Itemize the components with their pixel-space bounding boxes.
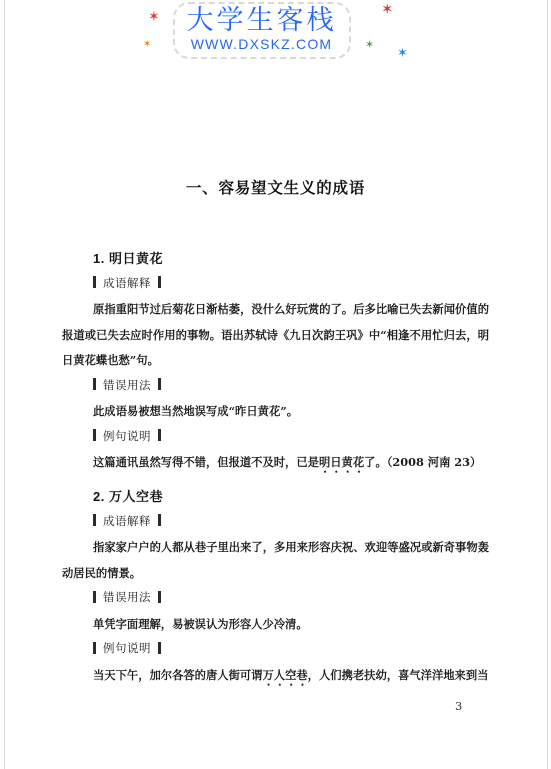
page-edge-left: [4, 0, 5, 769]
label-bar-icon: [158, 378, 161, 390]
block-label-explain: 成语解释: [62, 272, 489, 298]
star-icon-blue: ✶: [397, 46, 408, 59]
idiom-heading: 1. 明日黄花: [62, 246, 489, 272]
page-edge-right: [547, 0, 548, 769]
label-bar-icon: [158, 514, 161, 526]
chapter-title: 一、容易望文生义的成语: [0, 176, 551, 198]
block-label-explain: 成语解释: [62, 510, 489, 536]
block-label-text: 成语解释: [103, 278, 151, 290]
explain-paragraph: 原指重阳节过后菊花日渐枯萎，没什么好玩赏的了。后多比喻已失去新闻价值的报道或已失…: [62, 297, 489, 374]
star-icon-red: ✶: [381, 2, 394, 17]
idiom-section: 1. 明日黄花 成语解释 原指重阳节过后菊花日渐枯萎，没什么好玩赏的了。后多比喻…: [62, 246, 489, 476]
page-number: 3: [455, 699, 462, 713]
label-bar-icon: [158, 429, 161, 441]
example-emphasis: 万人空巷: [262, 668, 307, 682]
block-label-text: 例句说明: [103, 643, 151, 655]
label-bar-icon: [93, 514, 96, 526]
label-bar-icon: [158, 642, 161, 654]
label-bar-icon: [158, 276, 161, 288]
label-bar-icon: [93, 642, 96, 654]
example-emphasis: 明日黄花: [319, 455, 364, 469]
block-label-text: 错误用法: [103, 592, 151, 604]
star-icon-green: ✶: [365, 40, 374, 51]
example-pre: 这篇通讯虽然写得不错，但报道不及时，已是: [93, 455, 319, 469]
idiom-heading: 2. 万人空巷: [62, 484, 489, 510]
watermark-banner: 大学生客栈 WWW.DXSKZ.COM: [0, 2, 551, 59]
misuse-paragraph: 此成语易被想当然地误写成“昨日黄花”。: [62, 399, 489, 425]
document-body: 1. 明日黄花 成语解释 原指重阳节过后菊花日渐枯萎，没什么好玩赏的了。后多比喻…: [62, 246, 489, 689]
misuse-paragraph: 单凭字面理解，易被误认为形容人少冷清。: [62, 612, 489, 638]
example-paragraph: 当天下午，加尔各答的唐人街可谓万人空巷，人们携老扶幼，喜气洋洋地来到当: [62, 663, 489, 689]
block-label-text: 成语解释: [103, 516, 151, 528]
star-icon-orange: ✶: [143, 40, 151, 50]
label-bar-icon: [158, 591, 161, 603]
label-bar-icon: [93, 429, 96, 441]
block-label-example: 例句说明: [62, 637, 489, 663]
example-post: 了。（2008 河南 23）: [364, 455, 481, 469]
watermark-bubble: 大学生客栈 WWW.DXSKZ.COM: [173, 2, 351, 59]
example-post: ，人们携老扶幼，喜气洋洋地来到当: [308, 668, 489, 682]
block-label-text: 例句说明: [103, 431, 151, 443]
star-icon-red: ✶: [148, 9, 160, 23]
example-paragraph: 这篇通讯虽然写得不错，但报道不及时，已是明日黄花了。（2008 河南 23）: [62, 450, 489, 476]
watermark-url: WWW.DXSKZ.COM: [187, 36, 337, 52]
explain-paragraph: 指家家户户的人都从巷子里出来了，多用来形容庆祝、欢迎等盛况或新奇事物轰动居民的情…: [62, 535, 489, 586]
block-label-text: 错误用法: [103, 380, 151, 392]
watermark-title: 大学生客栈: [187, 5, 337, 36]
idiom-section: 2. 万人空巷 成语解释 指家家户户的人都从巷子里出来了，多用来形容庆祝、欢迎等…: [62, 484, 489, 689]
label-bar-icon: [93, 591, 96, 603]
label-bar-icon: [93, 378, 96, 390]
block-label-misuse: 错误用法: [62, 586, 489, 612]
block-label-example: 例句说明: [62, 425, 489, 451]
label-bar-icon: [93, 276, 96, 288]
example-pre: 当天下午，加尔各答的唐人街可谓: [93, 668, 262, 682]
block-label-misuse: 错误用法: [62, 374, 489, 400]
